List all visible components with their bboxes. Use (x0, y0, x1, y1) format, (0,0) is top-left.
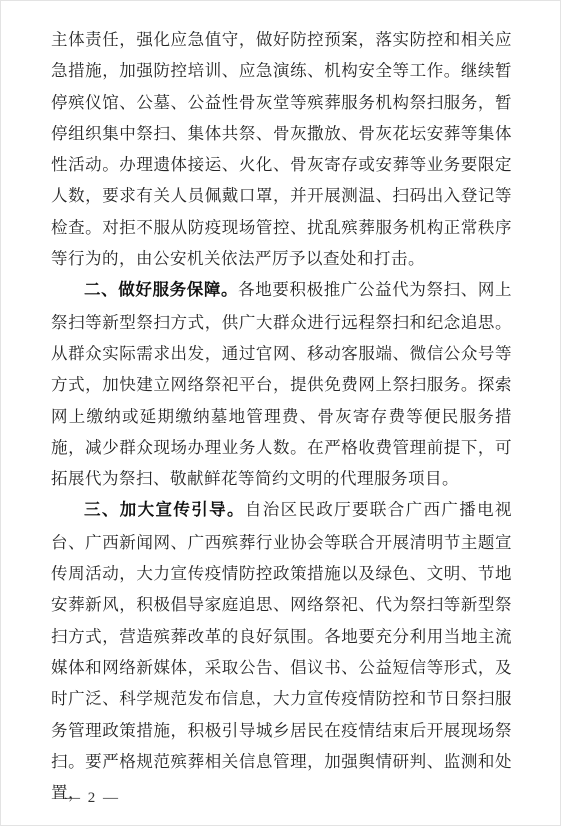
document-page: 主体责任，强化应急值守，做好防控预案，落实防控和相关应急措施，加强防控培训、应急… (0, 0, 561, 826)
paragraph-section-2: 二、做好服务保障。各地要积极推广公益代为祭扫、网上祭扫等新型祭扫方式，供广大群众… (51, 274, 512, 494)
paragraph-text: 各地要积极推广公益代为祭扫、网上祭扫等新型祭扫方式，供广大群众进行远程祭扫和纪念… (51, 280, 512, 488)
section-heading-2: 二、做好服务保障。 (84, 281, 238, 299)
page-number: — 2 — (65, 790, 120, 807)
document-body: 主体责任，强化应急值守，做好防控预案，落实防控和相关应急措施，加强防控培训、应急… (51, 24, 512, 808)
paragraph-continuation: 主体责任，强化应急值守，做好防控预案，落实防控和相关应急措施，加强防控培训、应急… (51, 24, 512, 274)
paragraph-text: 自治区民政厅要联合广西广播电视台、广西新闻网、广西殡葬行业协会等联合开展清明节主… (51, 500, 512, 802)
paragraph-section-3: 三、加大宣传引导。自治区民政厅要联合广西广播电视台、广西新闻网、广西殡葬行业协会… (51, 494, 512, 808)
paragraph-text: 主体责任，强化应急值守，做好防控预案，落实防控和相关应急措施，加强防控培训、应急… (51, 30, 512, 268)
section-heading-3: 三、加大宣传引导。 (84, 501, 245, 519)
